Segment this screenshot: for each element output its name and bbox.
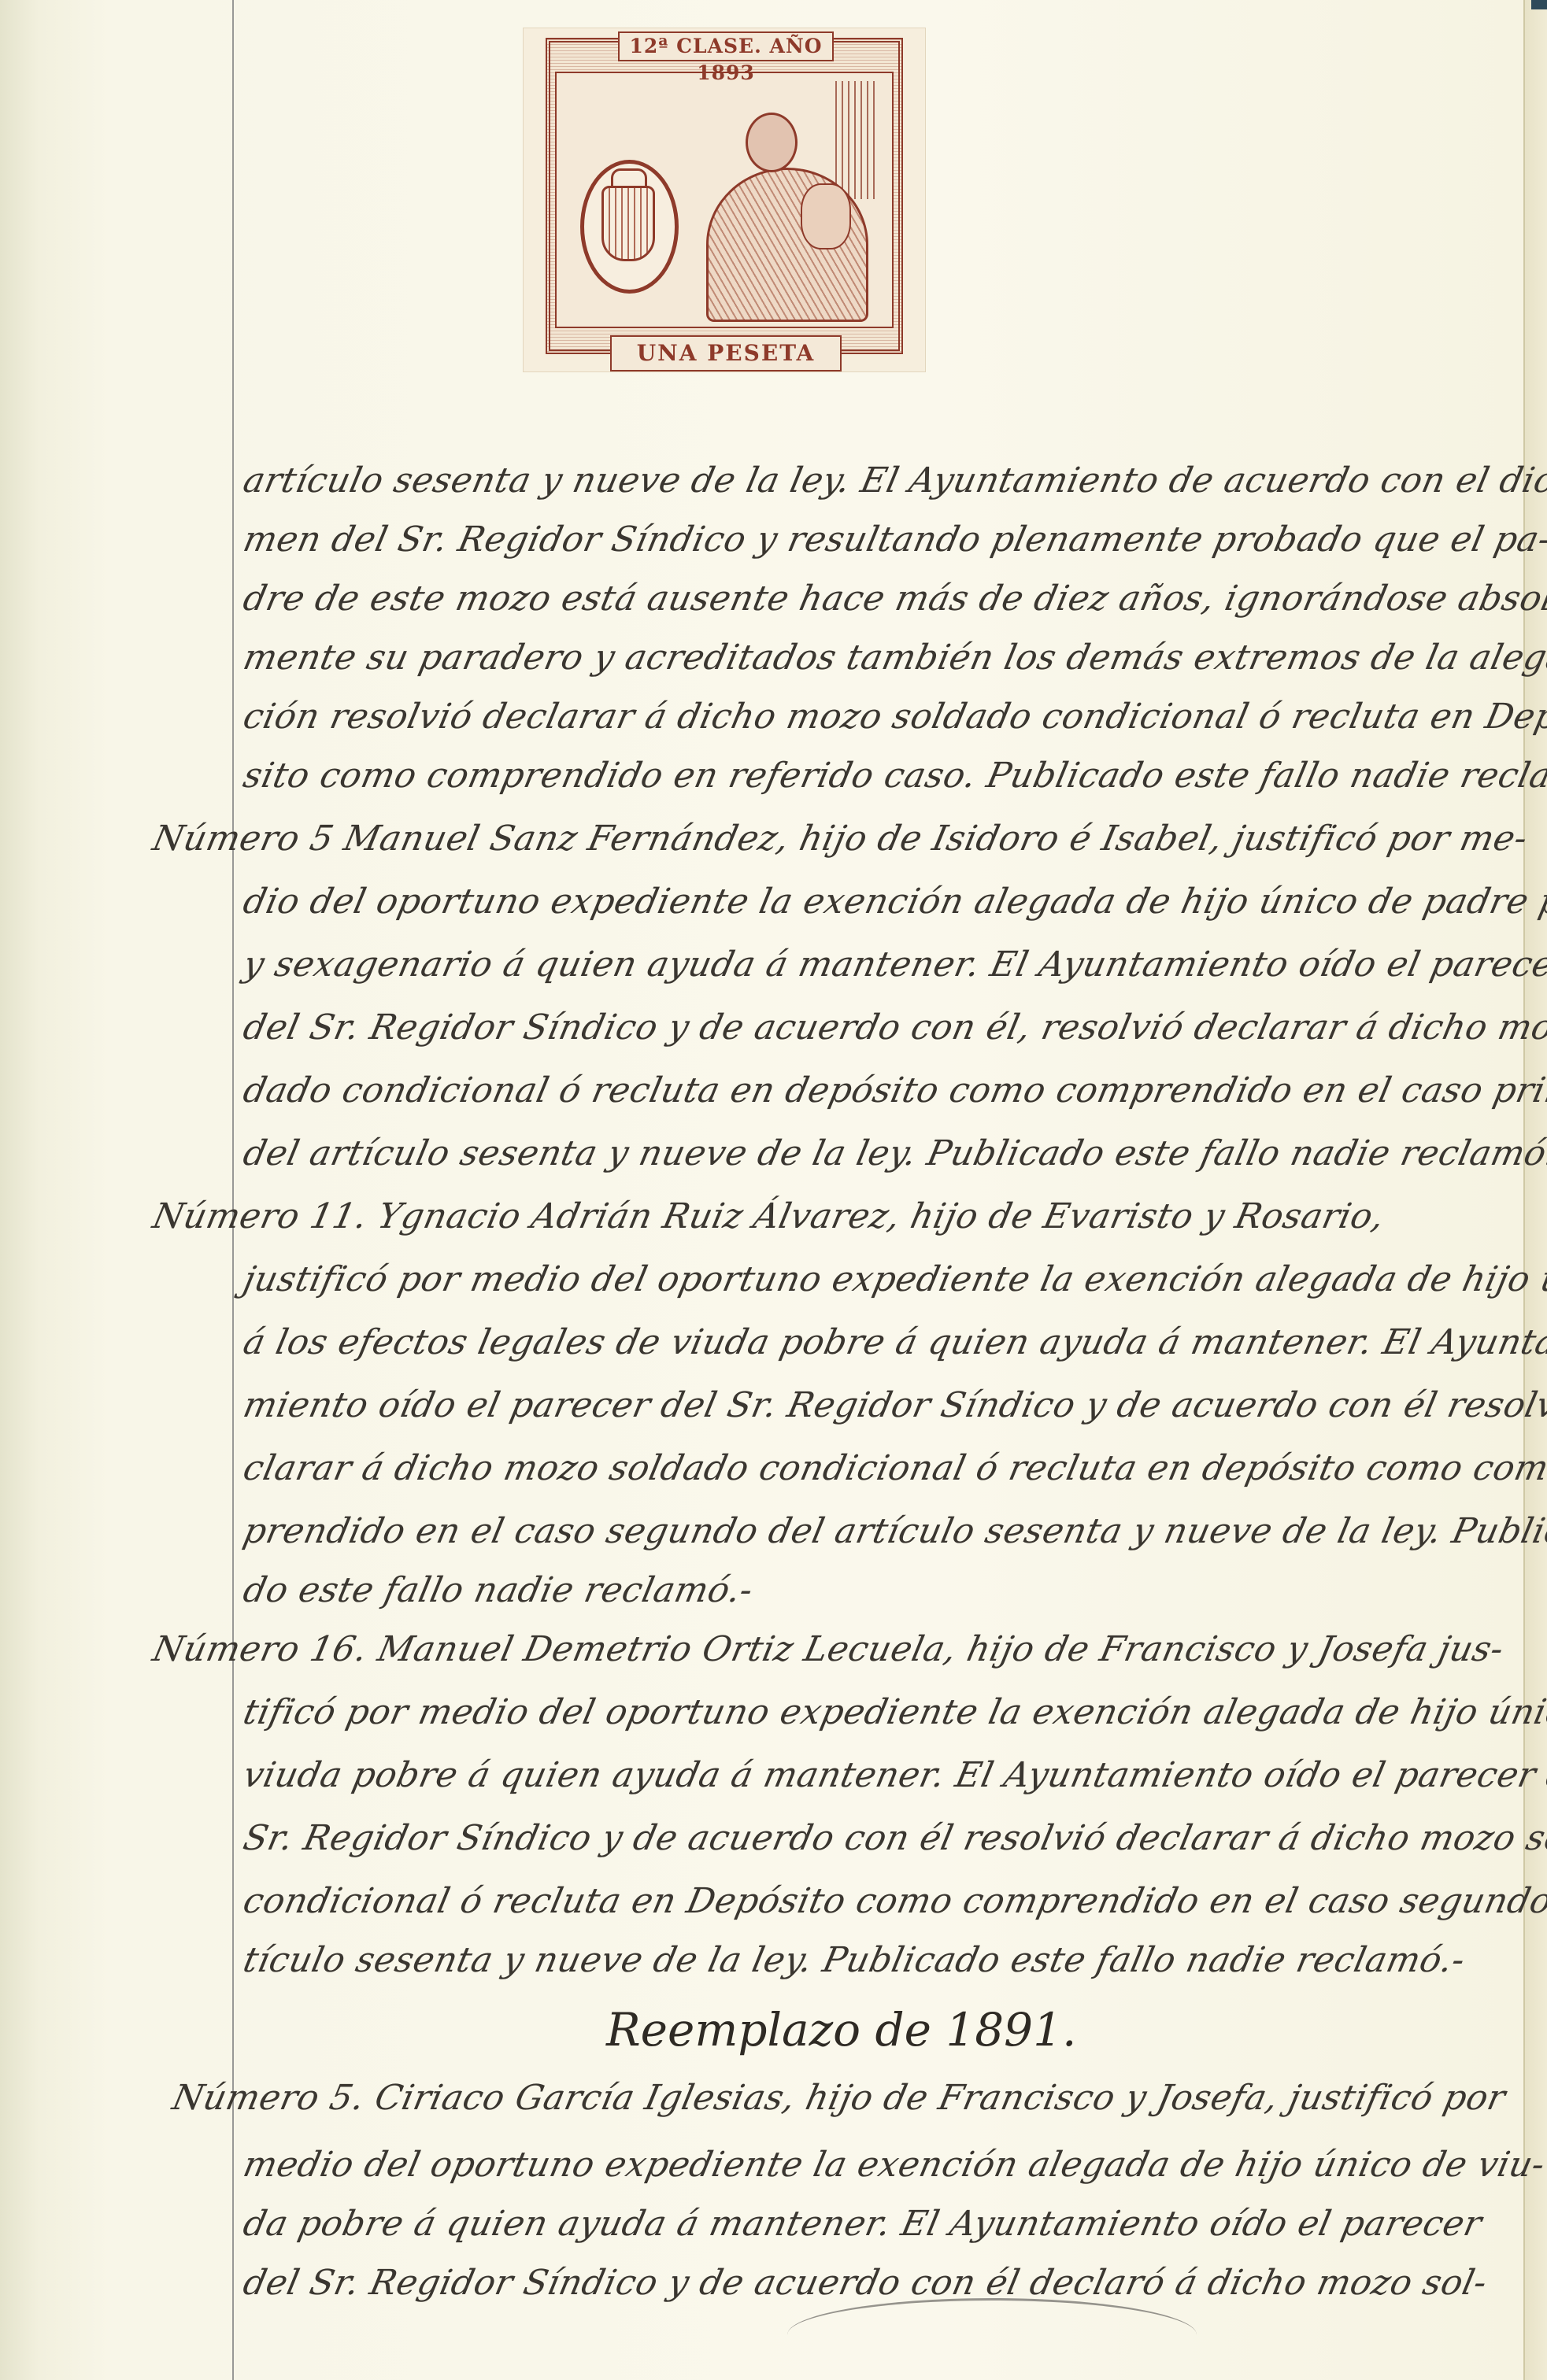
entry-number-5: Número 5 Manuel Sanz Fernández, hijo de …: [150, 819, 1531, 859]
entry-number-5-1891: Número 5. Ciriaco García Iglesias, hijo …: [169, 2078, 1509, 2118]
text-line: del Sr. Regidor Síndico y de acuerdo con…: [240, 2263, 1491, 2303]
pen-flourish: [787, 2298, 1197, 2371]
text-line: y sexagenario á quien ayuda á mantener. …: [240, 944, 1547, 985]
text-line: dado condicional ó recluta en depósito c…: [240, 1070, 1547, 1111]
text-line: viuda pobre á quien ayuda á mantener. El…: [240, 1755, 1547, 1795]
text-line: Sr. Regidor Síndico y de acuerdo con él …: [240, 1818, 1547, 1858]
text-line: medio del oportuno expediente la exenció…: [240, 2145, 1547, 2185]
text-line: artículo sesenta y nueve de la ley. El A…: [240, 460, 1547, 501]
entry-number-16: Número 16. Manuel Demetrio Ortiz Lecuela…: [150, 1629, 1508, 1669]
text-line: da pobre á quien ayuda á mantener. El Ay…: [240, 2204, 1486, 2244]
text-line: tificó por medio del oportuno expediente…: [240, 1692, 1547, 1732]
text-line: del artículo sesenta y nueve de la ley. …: [240, 1133, 1547, 1173]
entry-number-11: Número 11. Ygnacio Adrián Ruiz Álvarez, …: [150, 1196, 1388, 1236]
text-line: condicional ó recluta en Depósito como c…: [240, 1881, 1547, 1921]
text-line: del Sr. Regidor Síndico y de acuerdo con…: [240, 1007, 1547, 1048]
text-line: á los efectos legales de viuda pobre á q…: [240, 1322, 1547, 1362]
text-line: do este fallo nadie reclamó.-: [240, 1570, 757, 1610]
handwritten-text: artículo sesenta y nueve de la ley. El A…: [0, 0, 1547, 2380]
text-line: clarar á dicho mozo soldado condicional …: [240, 1448, 1547, 1488]
text-line: men del Sr. Regidor Síndico y resultando…: [240, 519, 1547, 560]
text-line: tículo sesenta y nueve de la ley. Public…: [240, 1940, 1469, 1980]
text-line: justificó por medio del oportuno expedie…: [240, 1259, 1547, 1299]
text-line: mente su paradero y acreditados también …: [240, 637, 1547, 678]
text-line: dio del oportuno expediente la exención …: [240, 881, 1547, 922]
section-heading: Reemplazo de 1891.: [606, 2003, 1076, 2057]
text-line: sito como comprendido en referido caso. …: [240, 756, 1547, 796]
text-line: prendido en el caso segundo del artículo…: [240, 1511, 1547, 1551]
text-line: dre de este mozo está ausente hace más d…: [240, 578, 1547, 619]
text-line: ción resolvió declarar á dicho mozo sold…: [240, 697, 1547, 737]
text-line: miento oído el parecer del Sr. Regidor S…: [240, 1385, 1547, 1425]
